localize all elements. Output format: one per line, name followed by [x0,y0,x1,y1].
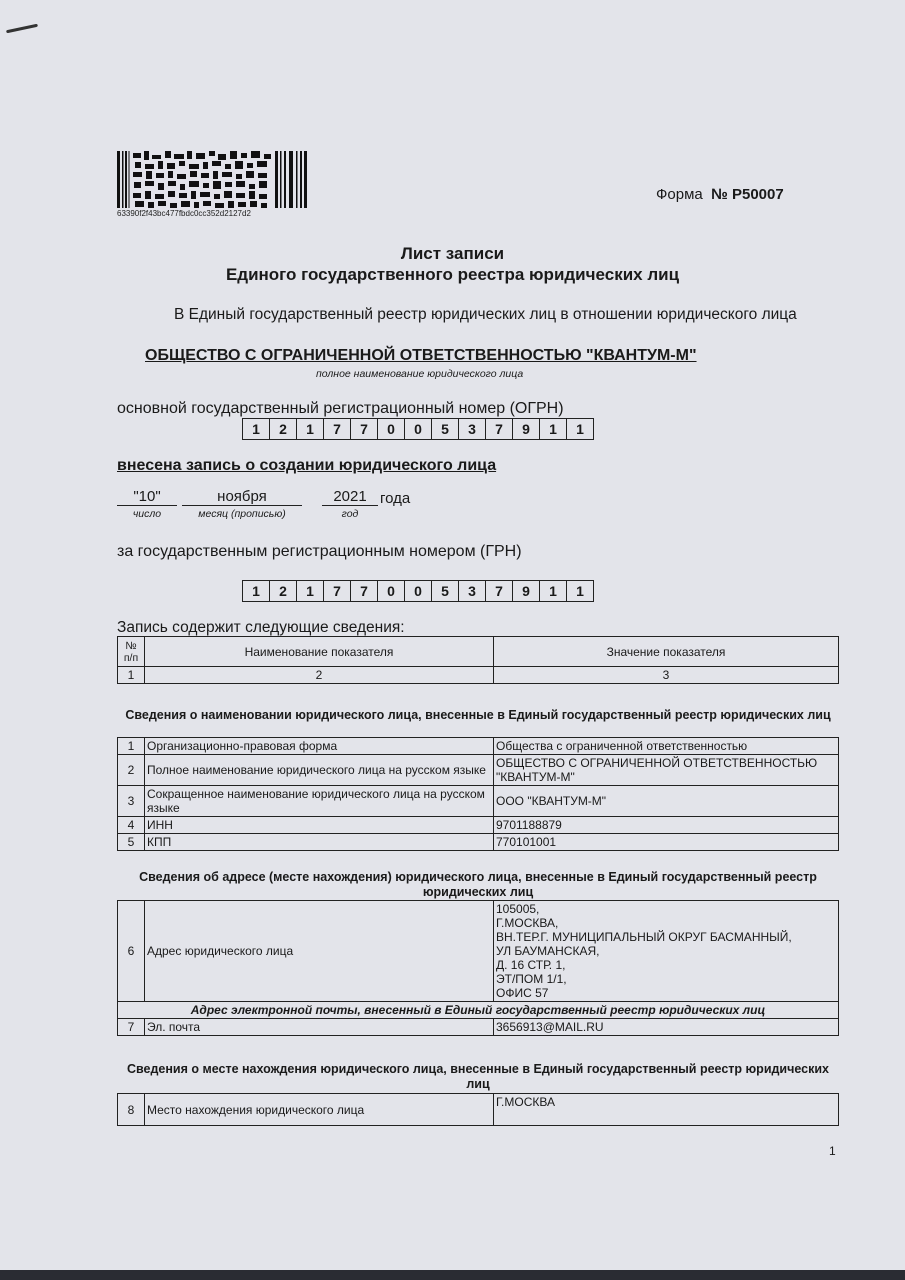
row-number: 3 [118,786,145,817]
row-name: Место нахождения юридического лица [145,1094,494,1126]
record-day: "10" число [117,488,177,520]
table-header: № п/п Наименование показателя Значение п… [117,636,839,684]
row-number: 7 [118,1019,145,1036]
grn-digit: 0 [405,581,432,601]
record-year-value: 2021 [322,488,378,506]
grn-digit: 3 [459,581,486,601]
barcode-block: 63390f2f43bc477fbdc0cc352d2127d2 [117,151,307,218]
row-number: 5 [118,834,145,851]
row-name: Адрес юридического лица [145,901,494,1002]
grn-digit: 2 [270,581,297,601]
row-value: 770101001 [494,834,839,851]
organization-full-name: ОБЩЕСТВО С ОГРАНИЧЕННОЙ ОТВЕТСТВЕННОСТЬЮ… [145,347,697,365]
grn-digit: 1 [297,581,324,601]
record-month: ноября месяц (прописью) [182,488,302,520]
grn-digit: 1 [567,581,593,601]
address-line: Г.МОСКВА, [496,916,836,930]
row-value: 9701188879 [494,817,839,834]
grn-digit: 1 [540,581,567,601]
col-number-header: № п/п [118,637,145,667]
page-number: 1 [829,1144,836,1158]
section-title-location: Сведения о месте нахождения юридического… [117,1062,839,1092]
col-name-header: Наименование показателя [145,637,494,667]
table-row: 7 Эл. почта 3656913@MAIL.RU [118,1019,839,1036]
grn-digit: 9 [513,581,540,601]
row-name: Эл. почта [145,1019,494,1036]
section-title-name: Сведения о наименовании юридического лиц… [117,708,839,723]
row-value: Общества с ограниченной ответственностью [494,738,839,755]
table-row: 5 КПП 770101001 [118,834,839,851]
form-number-value: № Р50007 [711,186,784,203]
record-year-caption: год [322,508,378,520]
address-line: УЛ БАУМАНСКАЯ, [496,944,836,958]
contains-label: Запись содержит следующие сведения: [117,619,405,637]
ogrn-digit: 1 [297,419,324,439]
table-row: 2 Полное наименование юридического лица … [118,755,839,786]
row-value-address: 105005, Г.МОСКВА, ВН.ТЕР.Г. МУНИЦИПАЛЬНЫ… [494,901,839,1002]
grn-digit: 0 [378,581,405,601]
row-value: ООО "КВАНТУМ-М" [494,786,839,817]
ogrn-digit: 3 [459,419,486,439]
record-year: 2021 год [322,488,378,520]
row-name: Организационно-правовая форма [145,738,494,755]
table-row: 1 Организационно-правовая форма Общества… [118,738,839,755]
pen-mark [6,24,38,34]
row-number: 8 [118,1094,145,1126]
grn-digit: 5 [432,581,459,601]
scan-edge [0,1270,905,1280]
table-row: 3 Сокращенное наименование юридического … [118,786,839,817]
grn-label: за государственным регистрационным номер… [117,543,522,561]
table-subheading-row: Адрес электронной почты, внесенный в Еди… [118,1002,839,1019]
form-label: Форма [656,186,703,203]
row-name: Полное наименование юридического лица на… [145,755,494,786]
table-row: 8 Место нахождения юридического лица Г.М… [118,1094,839,1126]
col-value-header: Значение показателя [494,637,839,667]
email-subheading: Адрес электронной почты, внесенный в Еди… [118,1002,839,1019]
row-name: ИНН [145,817,494,834]
section-address-table: 6 Адрес юридического лица 105005, Г.МОСК… [117,900,839,1036]
address-line: Д. 16 СТР. 1, [496,958,836,972]
ogrn-digit: 0 [378,419,405,439]
grn-digit: 7 [324,581,351,601]
address-line: ОФИС 57 [496,986,836,1000]
col-name-index: 2 [145,667,494,684]
ogrn-digit-boxes: 1 2 1 7 7 0 0 5 3 7 9 1 1 [242,418,594,440]
organization-name-caption: полное наименование юридического лица [316,368,523,380]
row-number: 6 [118,901,145,1002]
record-day-caption: число [117,508,177,520]
row-name: КПП [145,834,494,851]
ogrn-digit: 2 [270,419,297,439]
grn-digit-boxes: 1 2 1 7 7 0 0 5 3 7 9 1 1 [242,580,594,602]
barcode-text: 63390f2f43bc477fbdc0cc352d2127d2 [117,209,307,218]
col-number-index: 1 [118,667,145,684]
section-location-table: 8 Место нахождения юридического лица Г.М… [117,1093,839,1126]
ogrn-digit: 7 [351,419,378,439]
row-value: Г.МОСКВА [494,1094,839,1126]
table-row: 6 Адрес юридического лица 105005, Г.МОСК… [118,901,839,1002]
row-number: 2 [118,755,145,786]
section-title-address: Сведения об адресе (месте нахождения) юр… [117,870,839,900]
row-name: Сокращенное наименование юридического ли… [145,786,494,817]
record-month-caption: месяц (прописью) [182,508,302,520]
address-line: 105005, [496,902,836,916]
record-day-value: "10" [117,488,177,506]
document-subtitle: Единого государственного реестра юридиче… [0,265,905,285]
ogrn-digit: 1 [567,419,593,439]
row-number: 4 [118,817,145,834]
record-month-value: ноября [182,488,302,506]
row-value-email: 3656913@MAIL.RU [494,1019,839,1036]
ogrn-digit: 7 [486,419,513,439]
col-value-index: 3 [494,667,839,684]
pdf417-barcode-icon [117,151,307,208]
record-year-suffix: года [380,490,410,507]
intro-text: В Единый государственный реестр юридичес… [117,305,857,324]
document-page: 63390f2f43bc477fbdc0cc352d2127d2 Форма №… [0,0,905,1280]
document-title: Лист записи [0,244,905,264]
address-line: ВН.ТЕР.Г. МУНИЦИПАЛЬНЫЙ ОКРУГ БАСМАННЫЙ, [496,930,836,944]
ogrn-digit: 1 [243,419,270,439]
grn-digit: 1 [243,581,270,601]
ogrn-label: основной государственный регистрационный… [117,400,564,418]
grn-digit: 7 [486,581,513,601]
address-line: ЭТ/ПОМ 1/1, [496,972,836,986]
row-value: ОБЩЕСТВО С ОГРАНИЧЕННОЙ ОТВЕТСТВЕННОСТЬЮ… [494,755,839,786]
ogrn-digit: 5 [432,419,459,439]
section-name-table: 1 Организационно-правовая форма Общества… [117,737,839,851]
ogrn-digit: 7 [324,419,351,439]
ogrn-digit: 0 [405,419,432,439]
grn-digit: 7 [351,581,378,601]
table-row: 4 ИНН 9701188879 [118,817,839,834]
record-action: внесена запись о создании юридического л… [117,457,496,475]
ogrn-digit: 1 [540,419,567,439]
form-number: Форма № Р50007 [656,186,784,203]
row-number: 1 [118,738,145,755]
ogrn-digit: 9 [513,419,540,439]
